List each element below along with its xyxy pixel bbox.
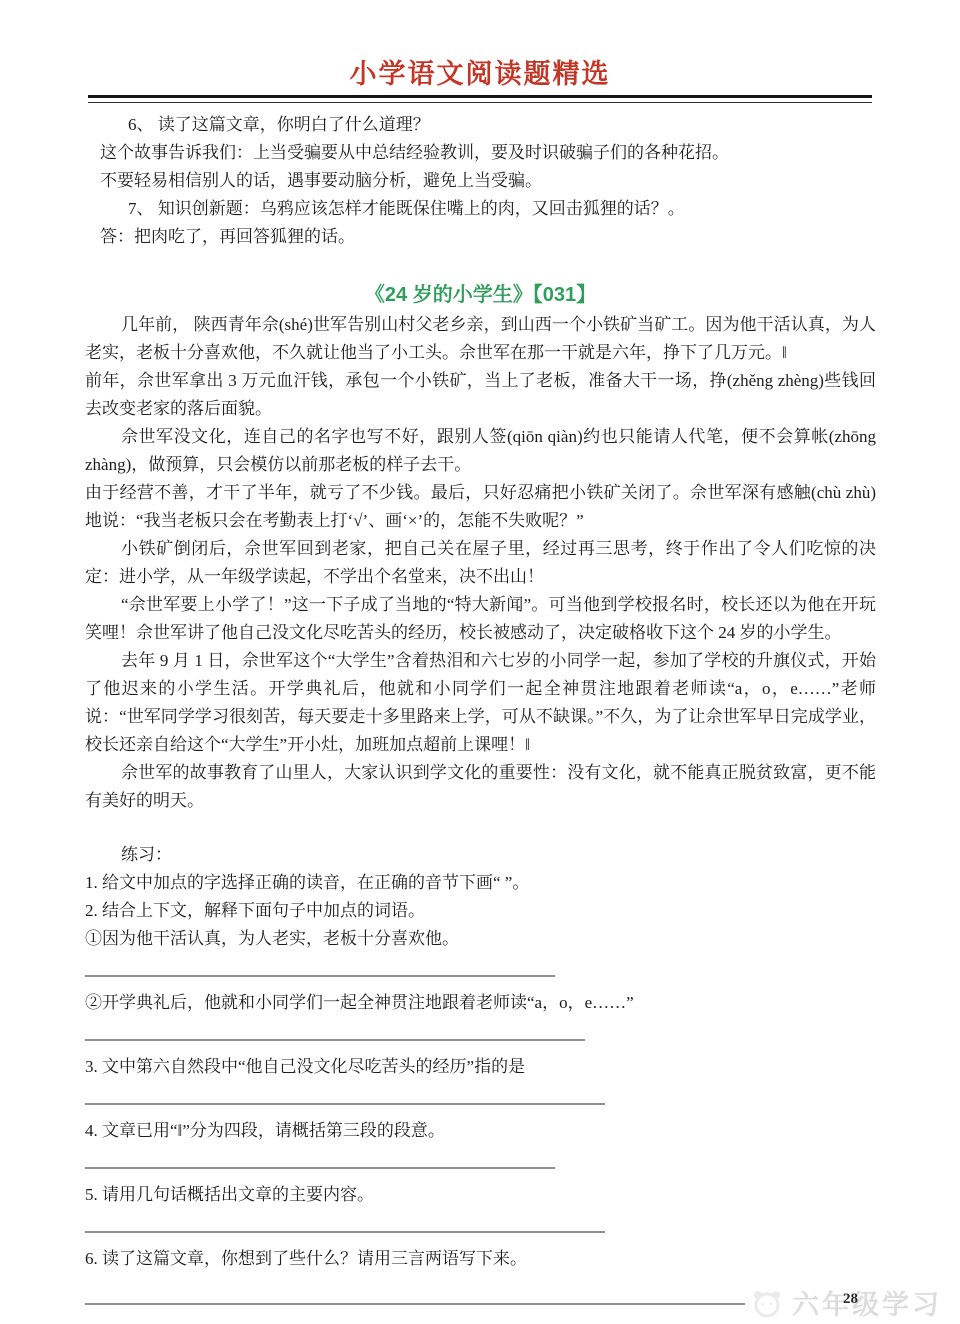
exercise-question-2-sub-1: ①因为他干活认真，为人老实，老板十分喜欢他。 [85, 925, 876, 953]
exercises-section: 练习： 1. 给文中加点的字选择正确的读音，在正确的音节下画“ ”。 2. 结合… [85, 841, 876, 1305]
answer-line [85, 975, 555, 977]
article-paragraph: 几年前， 陕西青年佘(shé)世军告别山村父老乡亲，到山西一个小铁矿当矿工。因为… [85, 311, 876, 367]
question-7: 7、 知识创新题：乌鸦应该怎样才能既保住嘴上的肉，又回击狐狸的话？。 [100, 195, 876, 223]
answer-6-line-1: 这个故事告诉我们：上当受骗要从中总结经验教训，要及时识破骗子们的各种花招。 [100, 139, 876, 167]
exercise-question-1: 1. 给文中加点的字选择正确的读音，在正确的音节下画“ ”。 [85, 869, 876, 897]
page-header-title: 小学语文阅读题精选 [0, 58, 960, 90]
exercise-question-3: 3. 文中第六自然段中“他自己没文化尽吃苦头的经历”指的是 [85, 1053, 876, 1081]
article-paragraph: 前年，佘世军拿出 3 万元血汗钱，承包一个小铁矿，当上了老板，准备大干一场，挣(… [85, 367, 876, 423]
answer-line [85, 1103, 605, 1105]
watermark-text: 六年级学习 [792, 1283, 942, 1322]
page-content: 6、 读了这篇文章，你明白了什么道理？ 这个故事告诉我们：上当受骗要从中总结经验… [85, 111, 876, 1305]
page-number: 28 [843, 1291, 858, 1308]
exercise-question-4: 4. 文章已用“‖”分为四段，请概括第三段的段意。 [85, 1117, 876, 1145]
document-page: 小学语文阅读题精选 6、 读了这篇文章，你明白了什么道理？ 这个故事告诉我们：上… [0, 0, 960, 1324]
question-6: 6、 读了这篇文章，你明白了什么道理？ [100, 111, 876, 139]
answer-6-line-2: 不要轻易相信别人的话，遇事要动脑分析，避免上当受骗。 [100, 167, 876, 195]
exercises-heading: 练习： [85, 841, 876, 869]
watermark-logo-icon [750, 1288, 784, 1318]
previous-passage-qa: 6、 读了这篇文章，你明白了什么道理？ 这个故事告诉我们：上当受骗要从中总结经验… [100, 111, 876, 251]
answer-line [85, 1039, 585, 1041]
article-paragraph: 佘世军没文化，连自己的名字也写不好，跟别人签(qiōn qiàn)约也只能请人代… [85, 423, 876, 479]
article-title: 《24 岁的小学生》【031】 [85, 281, 876, 309]
exercise-question-5: 5. 请用几句话概括出文章的主要内容。 [85, 1181, 876, 1209]
answer-7: 答：把肉吃了，再回答狐狸的话。 [100, 223, 876, 251]
exercise-question-6: 6. 读了这篇文章，你想到了些什么？请用三言两语写下来。 [85, 1245, 876, 1273]
article-body: 几年前， 陕西青年佘(shé)世军告别山村父老乡亲，到山西一个小铁矿当矿工。因为… [85, 311, 876, 815]
answer-line [85, 1167, 555, 1169]
article-paragraph: 去年 9 月 1 日，佘世军这个“大学生”含着热泪和六七岁的小同学一起，参加了学… [85, 647, 876, 759]
answer-line [85, 1231, 605, 1233]
article-paragraph: 小铁矿倒闭后，佘世军回到老家，把自己关在屋子里，经过再三思考，终于作出了令人们吃… [85, 535, 876, 591]
exercise-question-2: 2. 结合上下文，解释下面句子中加点的词语。 [85, 897, 876, 925]
header-divider [88, 95, 872, 103]
exercise-question-2-sub-2: ②开学典礼后，他就和小同学们一起全神贯注地跟着老师读“a，o，e……” [85, 989, 876, 1017]
article-paragraph: 佘世军的故事教育了山里人，大家认识到学文化的重要性：没有文化，就不能真正脱贫致富… [85, 759, 876, 815]
article-paragraph: 由于经营不善，才干了半年，就亏了不少钱。最后，只好忍痛把小铁矿关闭了。佘世军深有… [85, 479, 876, 535]
answer-line [85, 1303, 745, 1305]
article-paragraph: “佘世军要上小学了！”这一下子成了当地的“特大新闻”。可当他到学校报名时，校长还… [85, 591, 876, 647]
